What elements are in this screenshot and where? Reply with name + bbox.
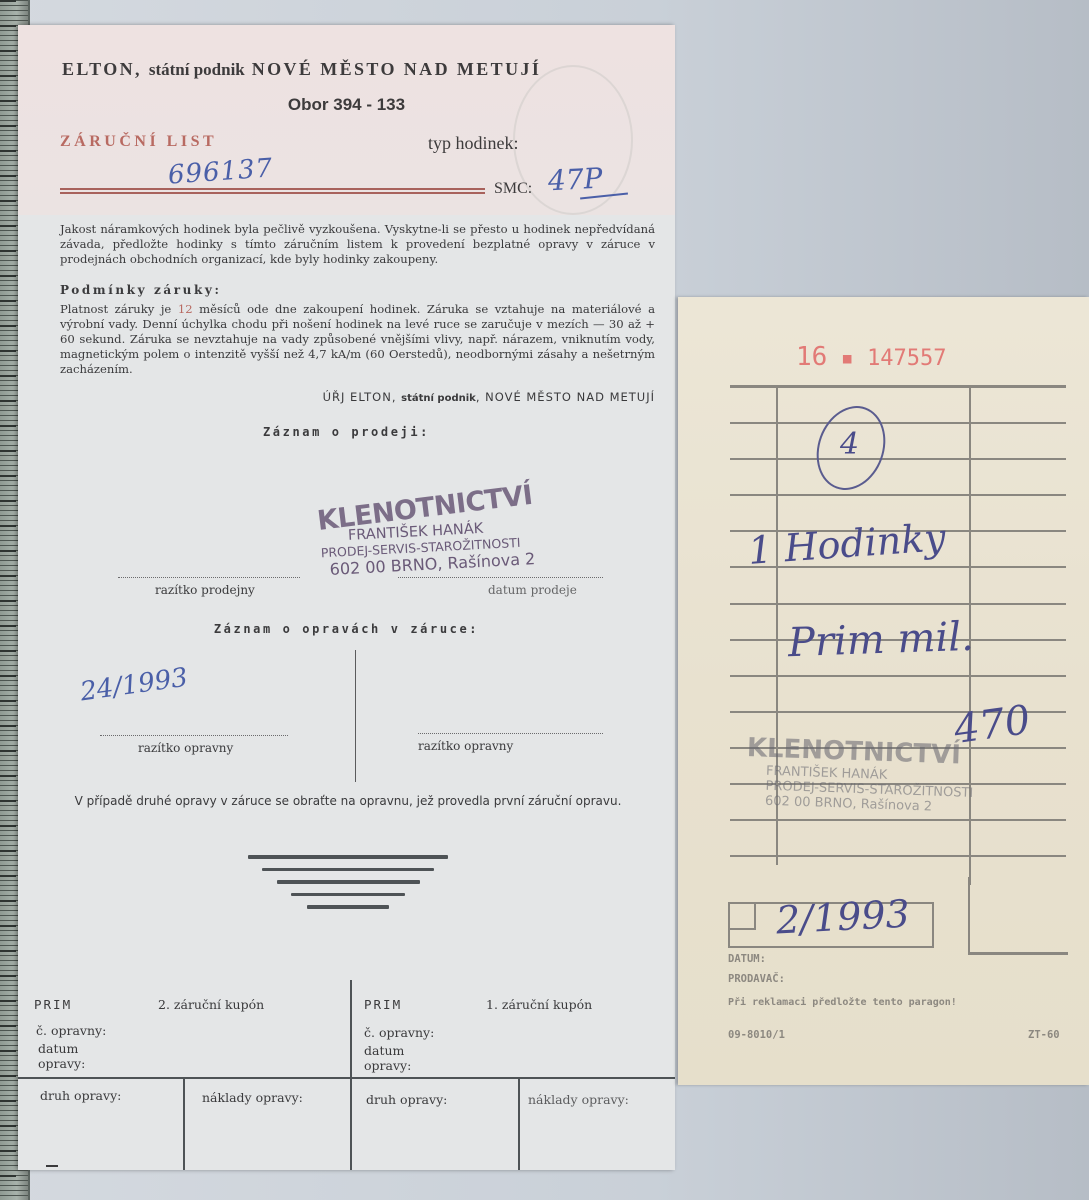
document-title: ZÁRUČNÍ LIST [60,133,217,151]
repair-record-heading: Záznam o opravách v záruce: [18,622,675,636]
coupon-2-title: 2. záruční kupón [158,997,264,1012]
prim-logo-icon [248,855,448,918]
repair-stamp-line-right [418,733,603,734]
receipt-handwritten-date: 2/1993 [775,892,911,943]
receipt-form-series: ZT-60 [1028,1029,1060,1041]
serial-handwritten: 696137 [167,153,274,190]
sale-stamp-line [118,577,300,578]
coupon-2-date-2: opravy: [38,1056,85,1071]
receipt-complaint-note: Při reklamaci předložte tento paragon! [728,997,957,1008]
receipt-seller-label: PRODAVAČ: [728,973,785,985]
sale-date-label: datum prodeje [488,583,577,597]
warranty-months: 12 [178,302,193,316]
receipt-circled-value: 4 [840,427,859,462]
coupon-2-repair-cost: náklady opravy: [202,1090,303,1105]
serial-underline [60,188,485,190]
coupon-row-divider [18,1077,675,1079]
receipt-form-code: 09-8010/1 [728,1029,785,1041]
coupon-1-shop-no: č. opravny: [364,1025,434,1040]
second-repair-note: V případě druhé opravy v záruce se obrať… [38,793,658,809]
shop-stamp: KLENOTNICTVÍ FRANTIŠEK HANÁK PRODEJ-SERV… [308,487,536,580]
smc-label: SMC: [494,180,532,198]
coupon-1-repair-cost: náklady opravy: [528,1092,629,1107]
warranty-coupons: PRIM 2. záruční kupón č. opravny: datum … [18,980,675,1170]
receipt-shop-stamp: KLENOTNICTVÍ FRANTIŠEK HANÁK PRODEJ-SERV… [745,733,975,816]
coupon-1-title: 1. záruční kupón [486,997,592,1012]
coupon-col-divider [518,1077,520,1170]
warranty-card: ELTON, státní podnik NOVÉ MĚSTO NAD METU… [18,25,675,1170]
card-header: ELTON, státní podnik NOVÉ MĚSTO NAD METU… [18,25,675,215]
coupon-2-shop-no: č. opravny: [36,1023,106,1038]
sale-stamp-label: razítko prodejny [155,583,255,597]
receipt-date-label: DATUM: [728,953,766,965]
sale-record-heading: Záznam o prodeji: [18,425,675,439]
watch-type-label: typ hodinek: [428,133,519,154]
minus-mark [46,1165,58,1167]
repair-divider [355,650,356,782]
coupon-divider [350,980,352,1170]
conditions-paragraph: Platnost záruky je 12 měsíců ode dne zak… [60,302,655,377]
coupon-1-brand: PRIM [364,997,402,1012]
coupon-2-repair-type: druh opravy: [40,1088,121,1103]
sale-date-line [398,577,603,578]
coupon-2-date-1: datum [38,1041,78,1056]
repair-stamp-line-left [100,735,288,736]
coupon-1-date-2: opravy: [364,1058,411,1073]
receipt-number: 16 ▪ 147557 [796,342,947,372]
coupon-2-brand: PRIM [34,997,72,1012]
repair-stamp-label-right: razítko opravny [418,739,513,753]
coupon-1-date-1: datum [364,1043,404,1058]
receipt-total-box [968,877,1068,955]
repair-handwritten-date: 24/1993 [78,663,189,708]
coupon-1-repair-type: druh opravy: [366,1092,447,1107]
receipt-model: Prim mil. [787,614,974,666]
smc-handwritten: 47P [547,162,603,198]
sales-receipt: 16 ▪ 147557 4 1 Hodinky Prim mil. 470 KL… [678,297,1089,1085]
company-line: ELTON, státní podnik NOVÉ MĚSTO NAD METU… [62,59,662,80]
coupon-col-divider [183,1077,185,1170]
serial-underline [60,192,485,194]
intro-paragraph: Jakost náramkových hodinek byla pečlivě … [60,222,655,267]
issuer-line: ÚŘJ ELTON, státní podnik, NOVÉ MĚSTO NAD… [323,390,655,404]
obor-code: Obor 394 - 133 [18,95,675,115]
repair-stamp-label-left: razítko opravny [138,741,233,755]
conditions-heading: Podmínky záruky: [60,283,222,297]
